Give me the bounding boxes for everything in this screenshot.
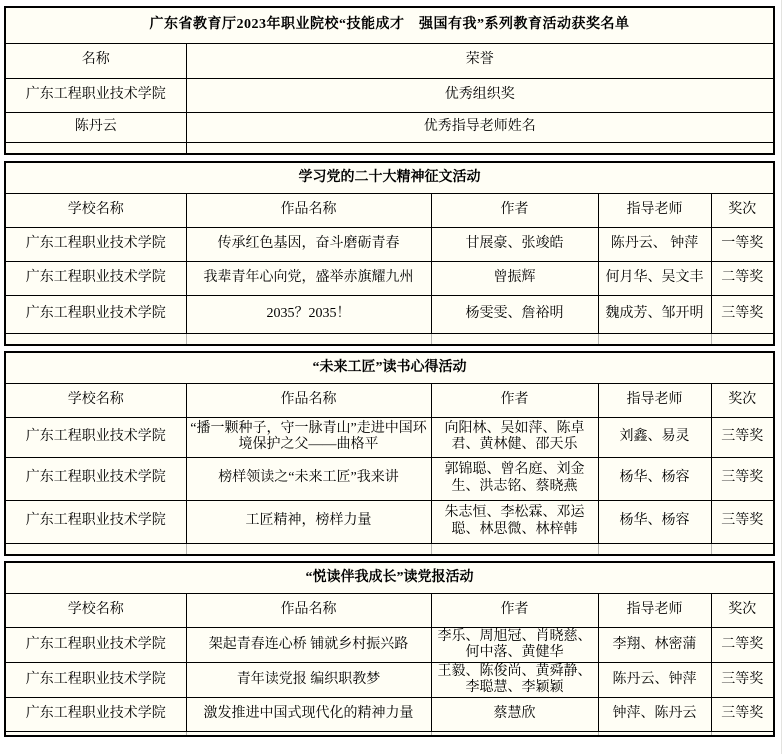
empty-row xyxy=(5,142,774,154)
cell-award: 二等奖 xyxy=(711,627,774,662)
col-header-work: 作品名称 xyxy=(186,593,431,627)
cell-authors: 曾振辉 xyxy=(431,261,598,295)
cell-teachers: 刘鑫、易灵 xyxy=(598,417,711,457)
document-title: 广东省教育厅2023年职业院校“技能成才 强国有我”系列教育活动获奖名单 xyxy=(5,7,774,43)
cell-authors: 郭锦聪、曾名庭、刘金生、洪志铭、蔡晓燕 xyxy=(431,457,598,500)
table-row: 陈丹云 优秀指导老师姓名 xyxy=(5,112,774,142)
header-row: 学校名称 作品名称 作者 指导老师 奖次 xyxy=(5,193,774,227)
cell-name: 广东工程职业技术学院 xyxy=(5,78,186,112)
header-row: 学校名称 作品名称 作者 指导老师 奖次 xyxy=(5,593,774,627)
cell-authors: 朱志恒、李松霖、邓运聪、林思微、林梓韩 xyxy=(431,500,598,543)
cell-school: 广东工程职业技术学院 xyxy=(5,417,186,457)
spreadsheet-gridline xyxy=(781,0,782,754)
cell-school: 广东工程职业技术学院 xyxy=(5,662,186,697)
cell-work: 传承红色基因，奋斗磨砺青春 xyxy=(186,227,431,261)
col-header-award: 奖次 xyxy=(711,383,774,417)
section-title: 学习党的二十大精神征文活动 xyxy=(5,162,774,193)
table-row: 广东工程职业技术学院 工匠精神，榜样力量 朱志恒、李松霖、邓运聪、林思微、林梓韩… xyxy=(5,500,774,543)
cell-teachers: 钟萍、陈丹云 xyxy=(598,697,711,731)
col-header-school: 学校名称 xyxy=(5,193,186,227)
col-header-teachers: 指导老师 xyxy=(598,193,711,227)
col-header-work: 作品名称 xyxy=(186,383,431,417)
col-header-authors: 作者 xyxy=(431,193,598,227)
cell-work: 激发推进中国式现代化的精神力量 xyxy=(186,697,431,731)
section-table-reading: “未来工匠”读书心得活动 学校名称 作品名称 作者 指导老师 奖次 广东工程职业… xyxy=(4,351,775,556)
table-row: 广东工程职业技术学院 传承红色基因，奋斗磨砺青春 甘展豪、张竣皓 陈丹云、 钟萍… xyxy=(5,227,774,261)
table-row: 广东工程职业技术学院 我辈青年心向党，盛举赤旗耀九州 曾振辉 何月华、吴文丰 二… xyxy=(5,261,774,295)
col-header-authors: 作者 xyxy=(431,383,598,417)
cell-authors: 李乐、周旭冠、肖晓慈、何中落、黄健华 xyxy=(431,627,598,662)
col-header-authors: 作者 xyxy=(431,593,598,627)
cell-authors: 王毅、陈俊尚、黄舜静、李聪慧、李颖颖 xyxy=(431,662,598,697)
table-row: 广东工程职业技术学院 2035？2035！ 杨雯雯、詹裕明 魏成芳、邹开明 三等… xyxy=(5,295,774,333)
cell-award: 一等奖 xyxy=(711,227,774,261)
cell-award: 三等奖 xyxy=(711,295,774,333)
cell-award: 三等奖 xyxy=(711,500,774,543)
col-header-school: 学校名称 xyxy=(5,593,186,627)
cell-award: 三等奖 xyxy=(711,417,774,457)
cell-school: 广东工程职业技术学院 xyxy=(5,627,186,662)
section-title: “未来工匠”读书心得活动 xyxy=(5,352,774,383)
col-header-name: 名称 xyxy=(5,43,186,78)
cell-teachers: 杨华、杨容 xyxy=(598,457,711,500)
cell-school: 广东工程职业技术学院 xyxy=(5,457,186,500)
cell-honor: 优秀指导老师姓名 xyxy=(186,112,774,142)
cell-award: 三等奖 xyxy=(711,697,774,731)
cell-authors: 杨雯雯、詹裕明 xyxy=(431,295,598,333)
cell-award: 三等奖 xyxy=(711,457,774,500)
cell-work: 我辈青年心向党，盛举赤旗耀九州 xyxy=(186,261,431,295)
cell-school: 广东工程职业技术学院 xyxy=(5,697,186,731)
cell-work: “播一颗种子，守一脉青山”走进中国环境保护之父——曲格平 xyxy=(186,417,431,457)
cell-award: 三等奖 xyxy=(711,662,774,697)
cell-work: 架起青春连心桥 铺就乡村振兴路 xyxy=(186,627,431,662)
cell-teachers: 陈丹云、钟萍 xyxy=(598,662,711,697)
cell-award: 二等奖 xyxy=(711,261,774,295)
table-row: 广东工程职业技术学院 “播一颗种子，守一脉青山”走进中国环境保护之父——曲格平 … xyxy=(5,417,774,457)
table-row: 学习党的二十大精神征文活动 xyxy=(5,162,774,193)
table-row: 广东工程职业技术学院 激发推进中国式现代化的精神力量 蔡慧欣 钟萍、陈丹云 三等… xyxy=(5,697,774,731)
cell-authors: 蔡慧欣 xyxy=(431,697,598,731)
table-row: “未来工匠”读书心得活动 xyxy=(5,352,774,383)
cell-school: 广东工程职业技术学院 xyxy=(5,500,186,543)
table-row: 广东工程职业技术学院 榜样领读之“未来工匠”我来讲 郭锦聪、曾名庭、刘金生、洪志… xyxy=(5,457,774,500)
table-row: “悦读伴我成长”读党报活动 xyxy=(5,562,774,593)
table-row: 广东工程职业技术学院 优秀组织奖 xyxy=(5,78,774,112)
empty-row xyxy=(5,333,774,345)
cell-name: 陈丹云 xyxy=(5,112,186,142)
summary-table: 广东省教育厅2023年职业院校“技能成才 强国有我”系列教育活动获奖名单 名称 … xyxy=(4,6,775,155)
cell-school: 广东工程职业技术学院 xyxy=(5,261,186,295)
cell-work: 工匠精神，榜样力量 xyxy=(186,500,431,543)
cell-authors: 向阳林、吴如萍、陈卓君、黄林健、邵天乐 xyxy=(431,417,598,457)
award-document: 广东省教育厅2023年职业院校“技能成才 强国有我”系列教育活动获奖名单 名称 … xyxy=(0,0,784,754)
table-row: 广东工程职业技术学院 架起青春连心桥 铺就乡村振兴路 李乐、周旭冠、肖晓慈、何中… xyxy=(5,627,774,662)
header-row: 学校名称 作品名称 作者 指导老师 奖次 xyxy=(5,383,774,417)
cell-work: 2035？2035！ xyxy=(186,295,431,333)
col-header-honor: 荣誉 xyxy=(186,43,774,78)
cell-work: 青年读党报 编织职教梦 xyxy=(186,662,431,697)
section-title: “悦读伴我成长”读党报活动 xyxy=(5,562,774,593)
col-header-award: 奖次 xyxy=(711,593,774,627)
cell-teachers: 陈丹云、 钟萍 xyxy=(598,227,711,261)
col-header-teachers: 指导老师 xyxy=(598,383,711,417)
col-header-school: 学校名称 xyxy=(5,383,186,417)
col-header-work: 作品名称 xyxy=(186,193,431,227)
section-table-newspaper: “悦读伴我成长”读党报活动 学校名称 作品名称 作者 指导老师 奖次 广东工程职… xyxy=(4,561,775,737)
table-row: 名称 荣誉 xyxy=(5,43,774,78)
cell-work: 榜样领读之“未来工匠”我来讲 xyxy=(186,457,431,500)
col-header-teachers: 指导老师 xyxy=(598,593,711,627)
cell-teachers: 杨华、杨容 xyxy=(598,500,711,543)
col-header-award: 奖次 xyxy=(711,193,774,227)
cell-teachers: 何月华、吴文丰 xyxy=(598,261,711,295)
empty-row xyxy=(5,543,774,555)
table-row: 广东工程职业技术学院 青年读党报 编织职教梦 王毅、陈俊尚、黄舜静、李聪慧、李颖… xyxy=(5,662,774,697)
cell-school: 广东工程职业技术学院 xyxy=(5,227,186,261)
cell-authors: 甘展豪、张竣皓 xyxy=(431,227,598,261)
empty-row xyxy=(5,731,774,736)
table-row: 广东省教育厅2023年职业院校“技能成才 强国有我”系列教育活动获奖名单 xyxy=(5,7,774,43)
cell-teachers: 魏成芳、邹开明 xyxy=(598,295,711,333)
cell-honor: 优秀组织奖 xyxy=(186,78,774,112)
cell-teachers: 李翔、林密蒲 xyxy=(598,627,711,662)
section-table-essay: 学习党的二十大精神征文活动 学校名称 作品名称 作者 指导老师 奖次 广东工程职… xyxy=(4,161,775,346)
cell-school: 广东工程职业技术学院 xyxy=(5,295,186,333)
